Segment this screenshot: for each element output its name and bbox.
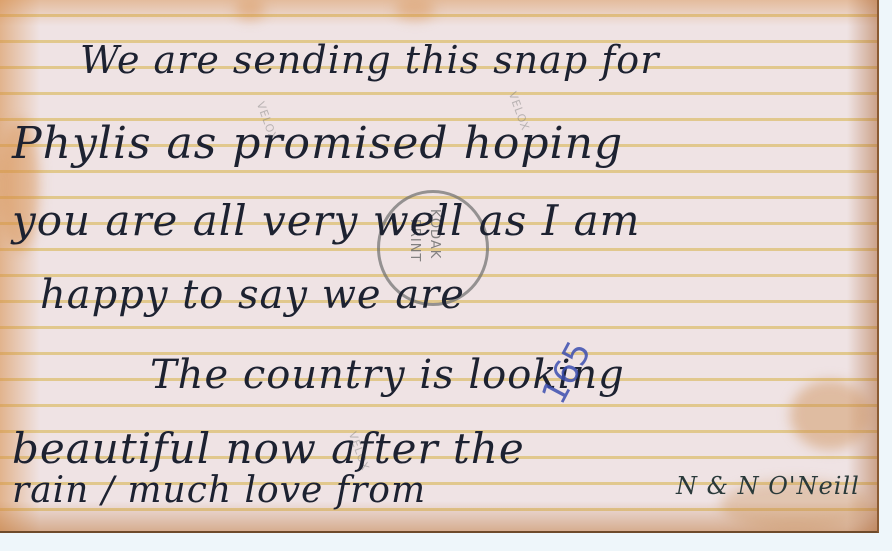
signature: N & N O'Neill — [676, 472, 860, 500]
postcard-back: VELOX VELOX VELOX KODAK PRINT We are sen… — [0, 0, 879, 533]
handwriting-line: Phylis as promised hoping — [12, 118, 623, 169]
stain-right-edge — [847, 0, 877, 531]
stain-spot — [395, 0, 435, 20]
handwriting-line: We are sending this snap for — [80, 38, 659, 82]
handwriting-line: you are all very well as I am — [12, 196, 641, 245]
handwriting-line: rain / much love from — [12, 470, 426, 511]
handwriting-line: beautiful now after the — [12, 424, 525, 473]
handwriting-line: happy to say we are — [40, 272, 465, 318]
stain-spot — [790, 380, 870, 450]
stain-spot — [235, 0, 265, 20]
stain-top-edge — [0, 0, 877, 26]
